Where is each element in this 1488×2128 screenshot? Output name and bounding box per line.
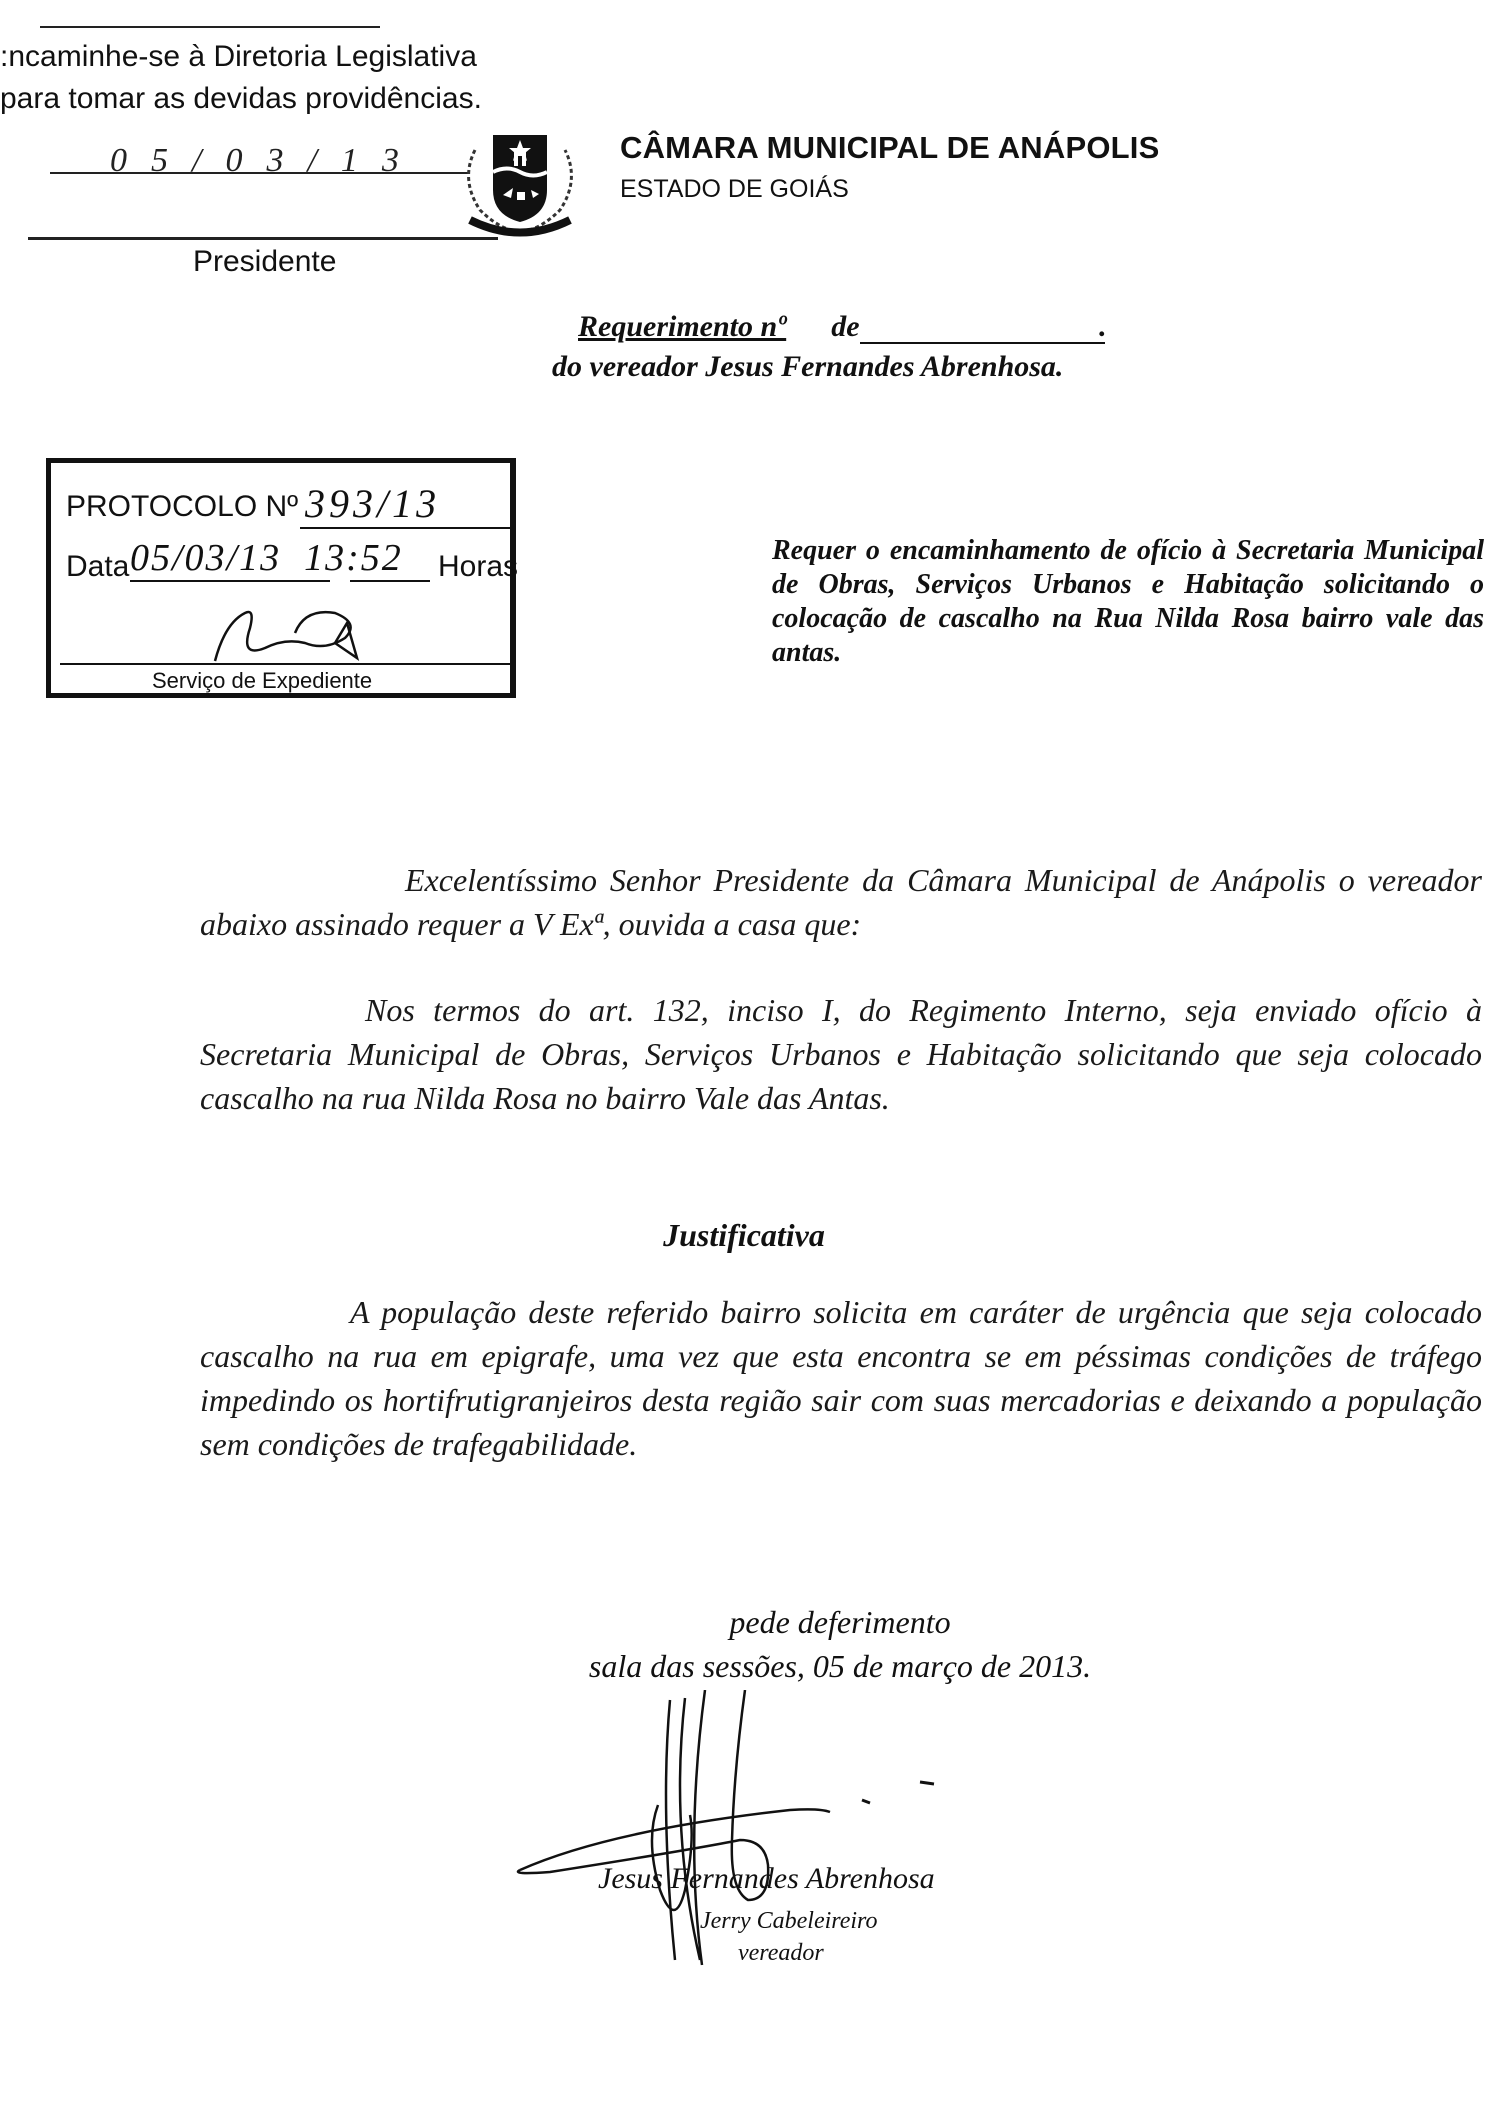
protocol-number-line [300,527,515,529]
despacho-signer-label: Presidente [193,245,336,279]
despacho-line-1: :ncaminhe-se à Diretoria Legislativa [0,36,482,78]
despacho-date: 05/03/13 [110,142,423,180]
closing-place-date: sala das sessões, 05 de março de 2013. [480,1644,1200,1688]
institution-name: CÂMARA MUNICIPAL DE ANÁPOLIS [620,130,1160,166]
requerimento-blank-line [860,342,1105,344]
signer-name: Jesus Fernandes Abrenhosa [598,1862,935,1896]
signer-nickname: Jerry Cabeleireiro [700,1908,878,1935]
protocol-date-label: Data [66,550,129,584]
protocol-time: 13:52 [304,537,403,579]
requerimento-title-de: de [831,310,859,343]
justification-heading: Justificativa [0,1217,1488,1254]
protocol-signature-icon [195,603,365,665]
protocol-signature-line [60,663,510,665]
stamp-top-rule [40,26,380,28]
protocol-date: 05/03/13 [130,537,281,579]
body-paragraph-request: Nos termos do art. 132, inciso I, do Reg… [200,988,1482,1120]
institution-state: ESTADO DE GOIÁS [620,175,849,204]
despacho-line-2: para tomar as devidas providências. [0,78,482,120]
ementa-summary: Requer o encaminhamento de ofício à Secr… [772,534,1484,670]
protocol-date-line [130,580,330,582]
requerimento-title: Requerimento nº de [578,310,860,344]
requerimento-title-label: Requerimento nº [578,310,786,343]
protocol-hours-label: Horas [438,550,518,584]
despacho-text: :ncaminhe-se à Diretoria Legislativa par… [0,36,482,120]
coat-of-arms-icon [455,110,585,240]
requerimento-title-end: . [1098,310,1106,344]
protocol-number: 393/13 [305,480,440,527]
protocol-time-line [350,580,430,582]
protocol-service-label: Serviço de Expediente [152,668,372,694]
protocol-date-value: 05/03/13 13:52 [130,536,403,580]
requerimento-author: do vereador Jesus Fernandes Abrenhosa. [552,350,1063,384]
body-paragraph-justification: A população deste referido bairro solici… [200,1290,1482,1466]
closing-block: pede deferimento sala das sessões, 05 de… [480,1600,1200,1688]
protocol-number-label: PROTOCOLO Nº [66,490,298,524]
despacho-date-line [50,172,470,174]
signer-role: vereador [738,1940,824,1967]
body-paragraph-salutation: Excelentíssimo Senhor Presidente da Câma… [200,858,1482,946]
closing-request: pede deferimento [480,1600,1200,1644]
despacho-signature-line [28,237,498,240]
